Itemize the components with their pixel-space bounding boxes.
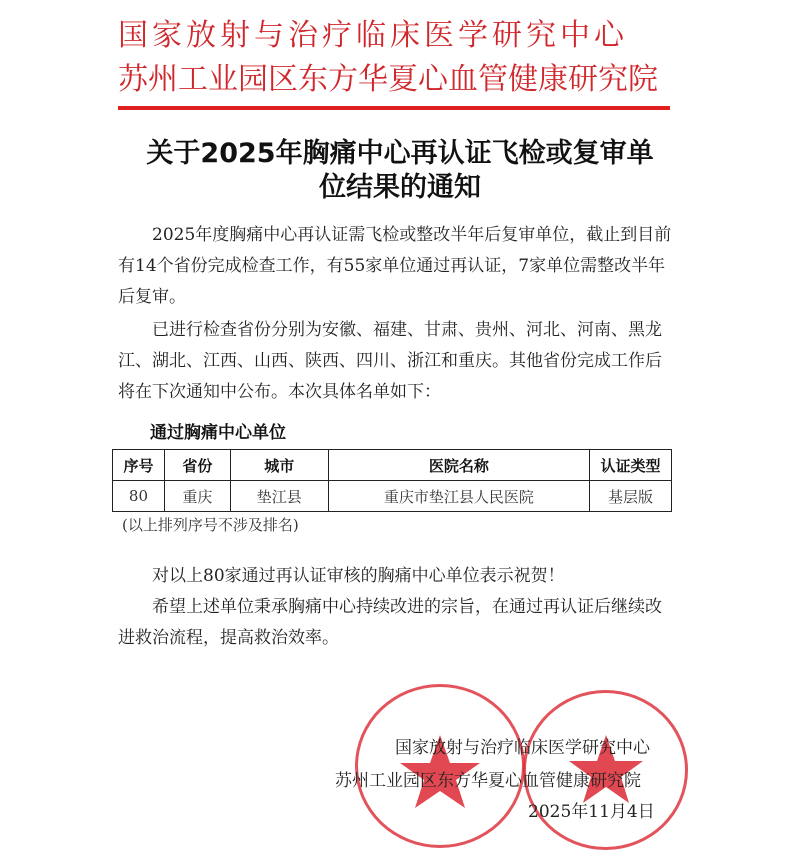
cell-hospital: 重庆市垫江县人民医院 <box>328 481 589 512</box>
cell-cert-type: 基层版 <box>590 481 672 512</box>
header-hospital: 医院名称 <box>328 450 589 481</box>
header-cert-type: 认证类型 <box>590 450 672 481</box>
document-title-line1: 关于2025年胸痛中心再认证飞检或复审单 <box>110 136 690 172</box>
body-paragraph-3: 对以上80家通过再认证审核的胸痛中心单位表示祝贺！ <box>118 561 678 592</box>
body-paragraph-2: 已进行检查省份分别为安徽、福建、甘肃、贵州、河北、河南、黑龙江、湖北、江西、山西… <box>118 315 678 408</box>
signature-date: 2025年11月4日 <box>528 797 655 822</box>
letterhead-divider <box>118 106 670 110</box>
letterhead-org-line1: 国家放射与治疗临床医学研究中心 <box>118 10 678 54</box>
table-caption: 通过胸痛中心单位 <box>150 418 286 443</box>
table-note: (以上排列序号不涉及排名) <box>122 514 299 535</box>
signature-org1: 国家放射与治疗临床医学研究中心 <box>395 733 650 758</box>
header-city: 城市 <box>230 450 328 481</box>
cell-seq: 80 <box>113 481 165 512</box>
body-paragraph-1: 2025年度胸痛中心再认证需飞检或整改半年后复审单位，截止到目前有14个省份完成… <box>118 220 678 313</box>
header-seq: 序号 <box>113 450 165 481</box>
certified-units-table: 序号 省份 城市 医院名称 认证类型 80 重庆 垫江县 重庆市垫江县人民医院 … <box>112 449 672 512</box>
body-paragraph-4: 希望上述单位秉承胸痛中心持续改进的宗旨，在通过再认证后继续改进救治流程，提高救治… <box>118 592 678 654</box>
letterhead-org-line2: 苏州工业园区东方华夏心血管健康研究院 <box>118 54 678 98</box>
cell-province: 重庆 <box>164 481 230 512</box>
table-header-row: 序号 省份 城市 医院名称 认证类型 <box>113 450 672 481</box>
signature-org2: 苏州工业园区东方华夏心血管健康研究院 <box>335 766 641 791</box>
closing-paragraphs: 对以上80家通过再认证审核的胸痛中心单位表示祝贺！ 希望上述单位秉承胸痛中心持续… <box>118 561 678 654</box>
table-row: 80 重庆 垫江县 重庆市垫江县人民医院 基层版 <box>113 481 672 512</box>
cell-city: 垫江县 <box>230 481 328 512</box>
header-province: 省份 <box>164 450 230 481</box>
document-title-line2: 位结果的通知 <box>110 170 690 206</box>
